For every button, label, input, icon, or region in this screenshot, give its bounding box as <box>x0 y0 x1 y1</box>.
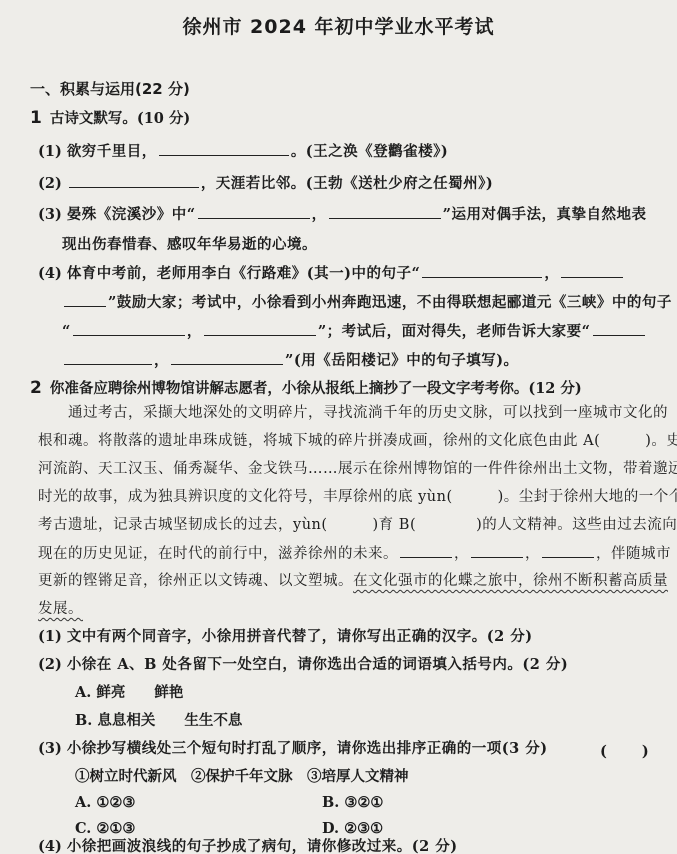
text-segment: ，伴随城市 <box>596 546 671 562</box>
question-1-stem: 1古诗文默写。(10 分) <box>30 107 190 128</box>
excerpt-line-2: 根和魂。将散落的遗址串珠成链，将城下城的碎片拼凑成画，徐州的文化底色由此 A( … <box>38 432 677 450</box>
text-segment: ， <box>312 206 327 223</box>
answer-blank <box>542 544 594 558</box>
text-segment: 河流韵、天工汉玉、俑秀凝华、金戈铁马……展示在徐州博物馆的一件件徐州出土文物，带… <box>38 461 677 477</box>
question-1-text: 古诗文默写。(10 分) <box>50 110 190 127</box>
q1-item-4: (4)体育中考前，老师用李白《行路难》(其一)中的句子“， <box>38 264 625 283</box>
excerpt-line-4: 时光的故事，成为独具辨识度的文化符号，丰厚徐州的底 yùn( )。尘封于徐州大地… <box>38 488 677 506</box>
wavy-underlined-text: 发展。 <box>38 601 83 617</box>
question-1-number: 1 <box>30 108 42 128</box>
text-segment: ， <box>544 265 559 282</box>
q1-item-1-content: 欲穷千里目，。(王之涣《登鹳雀楼》) <box>67 143 448 160</box>
answer-blank <box>171 351 283 365</box>
q1-item-3-content: 晏殊《浣溪沙》中“，”运用对偶手法，真挚自然地表 <box>67 206 647 223</box>
text-segment: “ <box>62 323 71 340</box>
q1-item-2-content: ，天涯若比邻。(王勃《送杜少府之任蜀州》) <box>67 175 493 192</box>
text-segment: ”鼓励大家；考试中，小徐看到小州奔跑迅速，不由得联想起郦道元《三峡》中的句子 <box>108 294 672 311</box>
excerpt-line-1: 通过考古，采撷大地深处的文明碎片，寻找流淌千年的历史文脉，可以找到一座城市文化的 <box>38 404 668 422</box>
text-segment: 现出伤春惜春、感叹年华易逝的心境。 <box>62 236 317 253</box>
q1-item-1-label: (1) <box>38 143 62 161</box>
q2-sub3-items: ①树立时代新风 ②保护千年文脉 ③培厚人文精神 <box>75 768 409 786</box>
excerpt-line-8: 发展。 <box>38 600 83 618</box>
q1-item-4-line-2: ”鼓励大家；考试中，小徐看到小州奔跑迅速，不由得联想起郦道元《三峡》中的句子 <box>62 293 672 312</box>
q2-sub3-choice-d: D. ②③① <box>322 820 383 838</box>
answer-blank <box>422 264 542 278</box>
q2-sub1-text: 文中有两个同音字，小徐用拼音代替了，请你写出正确的汉字。(2 分) <box>67 628 533 645</box>
q2-sub3-label: (3) <box>38 740 62 758</box>
q2-sub2-option-a: A. 鲜亮 鲜艳 <box>75 684 183 702</box>
q2-sub4-label: (4) <box>38 838 62 854</box>
q1-item-4-label: (4) <box>38 265 62 283</box>
answer-blank <box>400 544 452 558</box>
text-segment: ，天涯若比邻。(王勃《送杜少府之任蜀州》) <box>201 175 493 192</box>
q2-sub4-text: 小徐把画波浪线的句子抄成了病句，请你修改过来。(2 分) <box>67 838 458 854</box>
q2-sub1-label: (1) <box>38 628 62 646</box>
q2-sub3-choice-c: C. ②①③ <box>75 820 135 838</box>
q2-sub3-choice-a: A. ①②③ <box>75 794 135 812</box>
text-segment: ”(用《岳阳楼记》中的句子填写)。 <box>285 352 519 369</box>
text-segment: 根和魂。将散落的遗址串珠成链，将城下城的碎片拼凑成画，徐州的文化底色由此 A( … <box>38 433 677 449</box>
text-segment: ”；考试后，面对得失，老师告诉大家要“ <box>318 323 591 340</box>
excerpt-line-7: 更新的铿锵足音，徐州正以文铸魂、以文塑城。在文化强市的化蝶之旅中，徐州不断积蓄高… <box>38 572 668 590</box>
q2-sub4: (4)小徐把画波浪线的句子抄成了病句，请你修改过来。(2 分) <box>38 838 458 854</box>
answer-blank <box>69 174 199 188</box>
text-segment: ， <box>525 546 540 562</box>
text-segment: ， <box>154 352 169 369</box>
answer-blank <box>561 264 623 278</box>
answer-blank <box>64 293 106 307</box>
q2-sub2-label: (2) <box>38 656 62 674</box>
q1-item-3: (3)晏殊《浣溪沙》中“，”运用对偶手法，真挚自然地表 <box>38 205 647 224</box>
answer-blank <box>159 142 289 156</box>
text-segment: 时光的故事，成为独具辨识度的文化符号，丰厚徐州的底 yùn( )。尘封于徐州大地… <box>38 489 677 505</box>
question-2-text: 你准备应聘徐州博物馆讲解志愿者，小徐从报纸上摘抄了一段文字考考你。(12 分) <box>50 380 582 397</box>
text-segment: 晏殊《浣溪沙》中“ <box>67 206 196 223</box>
q1-item-4-line-4: ，”(用《岳阳楼记》中的句子填写)。 <box>62 351 519 370</box>
text-segment: 通过考古，采撷大地深处的文明碎片，寻找流淌千年的历史文脉，可以找到一座城市文化的 <box>68 405 668 421</box>
exam-paper-page: 徐州市 2024 年初中学业水平考试 一、积累与运用(22 分) 1古诗文默写。… <box>0 0 677 854</box>
answer-blank <box>198 205 310 219</box>
section-heading: 一、积累与运用(22 分) <box>30 78 190 99</box>
text-segment: 考古遗址，记录古城坚韧成长的过去，yùn( )育 B( )的人文精神。这些由过去… <box>38 517 677 533</box>
text-segment: 更新的铿锵足音，徐州正以文铸魂、以文塑城。 <box>38 573 353 589</box>
q2-sub3-choice-b: B. ③②① <box>322 794 383 812</box>
q2-sub2-option-b: B. 息息相关 生生不息 <box>75 712 242 730</box>
answer-blank <box>593 322 645 336</box>
text-segment: 现在的历史见证，在时代的前行中，滋养徐州的未来。 <box>38 546 398 562</box>
wavy-underlined-text: 在文化强市的化蝶之旅中，徐州不断积蓄高质量 <box>353 573 668 589</box>
q1-item-1: (1)欲穷千里目，。(王之涣《登鹳雀楼》) <box>38 142 448 161</box>
q2-sub2-text: 小徐在 A、B 处各留下一处空白，请你选出合适的词语填入括号内。(2 分) <box>67 656 568 673</box>
excerpt-line-3: 河流韵、天工汉玉、俑秀凝华、金戈铁马……展示在徐州博物馆的一件件徐州出土文物，带… <box>38 460 677 478</box>
excerpt-line-5: 考古遗址，记录古城坚韧成长的过去，yùn( )育 B( )的人文精神。这些由过去… <box>38 516 677 534</box>
question-2-number: 2 <box>30 378 42 398</box>
answer-blank <box>329 205 441 219</box>
q1-item-3-label: (3) <box>38 206 62 224</box>
text-segment: 。(王之涣《登鹳雀楼》) <box>291 143 448 160</box>
q2-sub3: (3)小徐抄写横线处三个短句时打乱了顺序，请你选出排序正确的一项(3 分) <box>38 740 548 758</box>
q1-item-2-label: (2) <box>38 175 62 193</box>
q1-item-3-continuation: 现出伤春惜春、感叹年华易逝的心境。 <box>62 236 317 254</box>
text-segment: ， <box>454 546 469 562</box>
question-2-stem: 2你准备应聘徐州博物馆讲解志愿者，小徐从报纸上摘抄了一段文字考考你。(12 分) <box>30 377 582 398</box>
q2-sub1: (1)文中有两个同音字，小徐用拼音代替了，请你写出正确的汉字。(2 分) <box>38 628 533 646</box>
text-segment: ”运用对偶手法，真挚自然地表 <box>443 206 647 223</box>
q2-sub2: (2)小徐在 A、B 处各留下一处空白，请你选出合适的词语填入括号内。(2 分) <box>38 656 568 674</box>
page-title: 徐州市 2024 年初中学业水平考试 <box>0 12 677 39</box>
q2-sub3-text: 小徐抄写横线处三个短句时打乱了顺序，请你选出排序正确的一项(3 分) <box>67 740 548 757</box>
answer-blank <box>64 351 152 365</box>
answer-blank <box>204 322 316 336</box>
answer-blank <box>73 322 185 336</box>
q1-item-4-line-3: “，”；考试后，面对得失，老师告诉大家要“ <box>62 322 647 341</box>
text-segment: 欲穷千里目， <box>67 143 157 160</box>
text-segment: 体育中考前，老师用李白《行路难》(其一)中的句子“ <box>67 265 421 282</box>
q1-item-2: (2)，天涯若比邻。(王勃《送杜少府之任蜀州》) <box>38 174 493 193</box>
answer-blank <box>471 544 523 558</box>
text-segment: ， <box>187 323 202 340</box>
excerpt-line-6: 现在的历史见证，在时代的前行中，滋养徐州的未来。，，，伴随城市 <box>38 544 671 563</box>
q1-item-4-content: 体育中考前，老师用李白《行路难》(其一)中的句子“， <box>67 265 626 282</box>
q2-sub3-answer-bracket: ( ) <box>600 740 651 761</box>
